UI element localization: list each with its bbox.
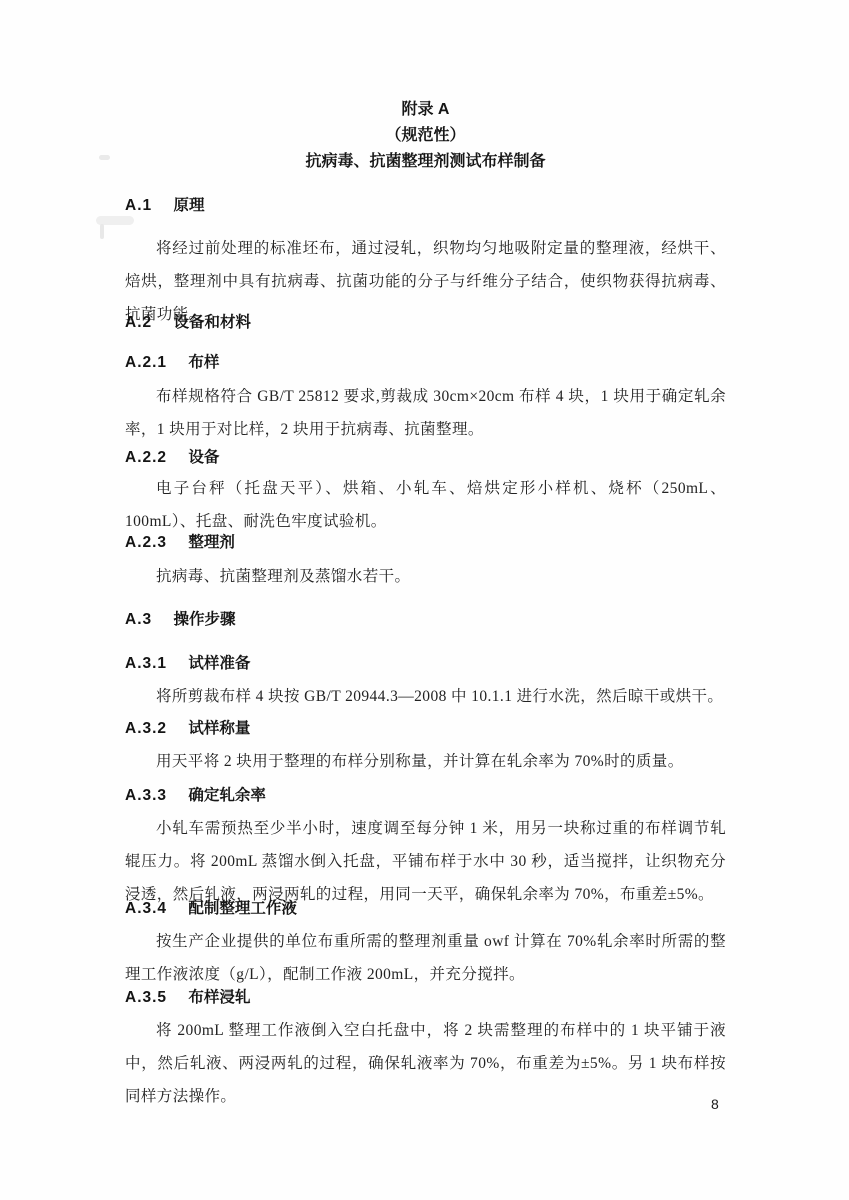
paragraph-a34: 按生产企业提供的单位布重所需的整理剂重量 owf 计算在 70%轧余率时所需的整… [125, 925, 726, 991]
section-number: A.3.5 [125, 989, 167, 1006]
paragraph-a21: 布样规格符合 GB/T 25812 要求,剪裁成 30cm×20cm 布样 4 … [125, 380, 726, 446]
section-heading-a21: A.2.1 布样 [125, 352, 726, 374]
page-number: 8 [711, 1096, 719, 1112]
section-number: A.3.3 [125, 787, 167, 804]
scan-smudge [100, 224, 104, 239]
section-title: 试样称量 [188, 720, 250, 737]
normative-label: （规范性） [125, 123, 726, 149]
section-number: A.1 [125, 197, 152, 214]
document-title-block: 附录 A （规范性） 抗病毒、抗菌整理剂测试布样制备 [125, 97, 726, 175]
section-heading-a31: A.3.1 试样准备 [125, 653, 726, 675]
section-number: A.2.1 [125, 354, 167, 371]
section-number: A.3.1 [125, 655, 167, 672]
section-number: A.3.2 [125, 720, 167, 737]
section-title: 配制整理工作液 [188, 900, 297, 917]
section-number: A.2.2 [125, 449, 167, 466]
section-title: 布样浸轧 [188, 989, 250, 1006]
scan-smudge [96, 216, 134, 225]
section-heading-a22: A.2.2 设备 [125, 447, 726, 469]
paragraph-a33: 小轧车需预热至少半小时，速度调至每分钟 1 米，用另一块称过重的布样调节轧辊压力… [125, 812, 726, 911]
section-heading-a2: A.2 设备和材料 [125, 312, 726, 334]
section-number: A.2.3 [125, 534, 167, 551]
section-title: 确定轧余率 [188, 787, 266, 804]
appendix-label: 附录 A [125, 97, 726, 123]
section-number: A.3 [125, 611, 152, 628]
section-heading-a33: A.3.3 确定轧余率 [125, 785, 726, 807]
section-title: 原理 [173, 197, 204, 214]
section-heading-a35: A.3.5 布样浸轧 [125, 987, 726, 1009]
paragraph-a23: 抗病毒、抗菌整理剂及蒸馏水若干。 [125, 560, 726, 593]
paragraph-a32: 用天平将 2 块用于整理的布样分别称量，并计算在轧余率为 70%时的质量。 [125, 745, 726, 778]
paragraph-a22: 电子台秤（托盘天平）、烘箱、小轧车、焙烘定形小样机、烧杯（250mL、100mL… [125, 472, 726, 538]
section-title: 整理剂 [188, 534, 235, 551]
section-heading-a34: A.3.4 配制整理工作液 [125, 898, 726, 920]
section-title: 布样 [188, 354, 219, 371]
section-heading-a23: A.2.3 整理剂 [125, 532, 726, 554]
section-title: 操作步骤 [173, 611, 235, 628]
section-heading-a32: A.3.2 试样称量 [125, 718, 726, 740]
paragraph-a31: 将所剪裁布样 4 块按 GB/T 20944.3—2008 中 10.1.1 进… [125, 680, 726, 713]
section-title: 设备和材料 [173, 314, 251, 331]
section-title: 设备 [188, 449, 219, 466]
document-page: 附录 A （规范性） 抗病毒、抗菌整理剂测试布样制备 A.1 原理 将经过前处理… [0, 0, 849, 1200]
page-title: 抗病毒、抗菌整理剂测试布样制备 [125, 149, 726, 175]
section-heading-a3: A.3 操作步骤 [125, 609, 726, 631]
section-number: A.3.4 [125, 900, 167, 917]
section-number: A.2 [125, 314, 152, 331]
paragraph-a35: 将 200mL 整理工作液倒入空白托盘中，将 2 块需整理的布样中的 1 块平铺… [125, 1014, 726, 1113]
section-title: 试样准备 [188, 655, 250, 672]
scan-smudge [99, 155, 110, 160]
section-heading-a1: A.1 原理 [125, 195, 726, 217]
